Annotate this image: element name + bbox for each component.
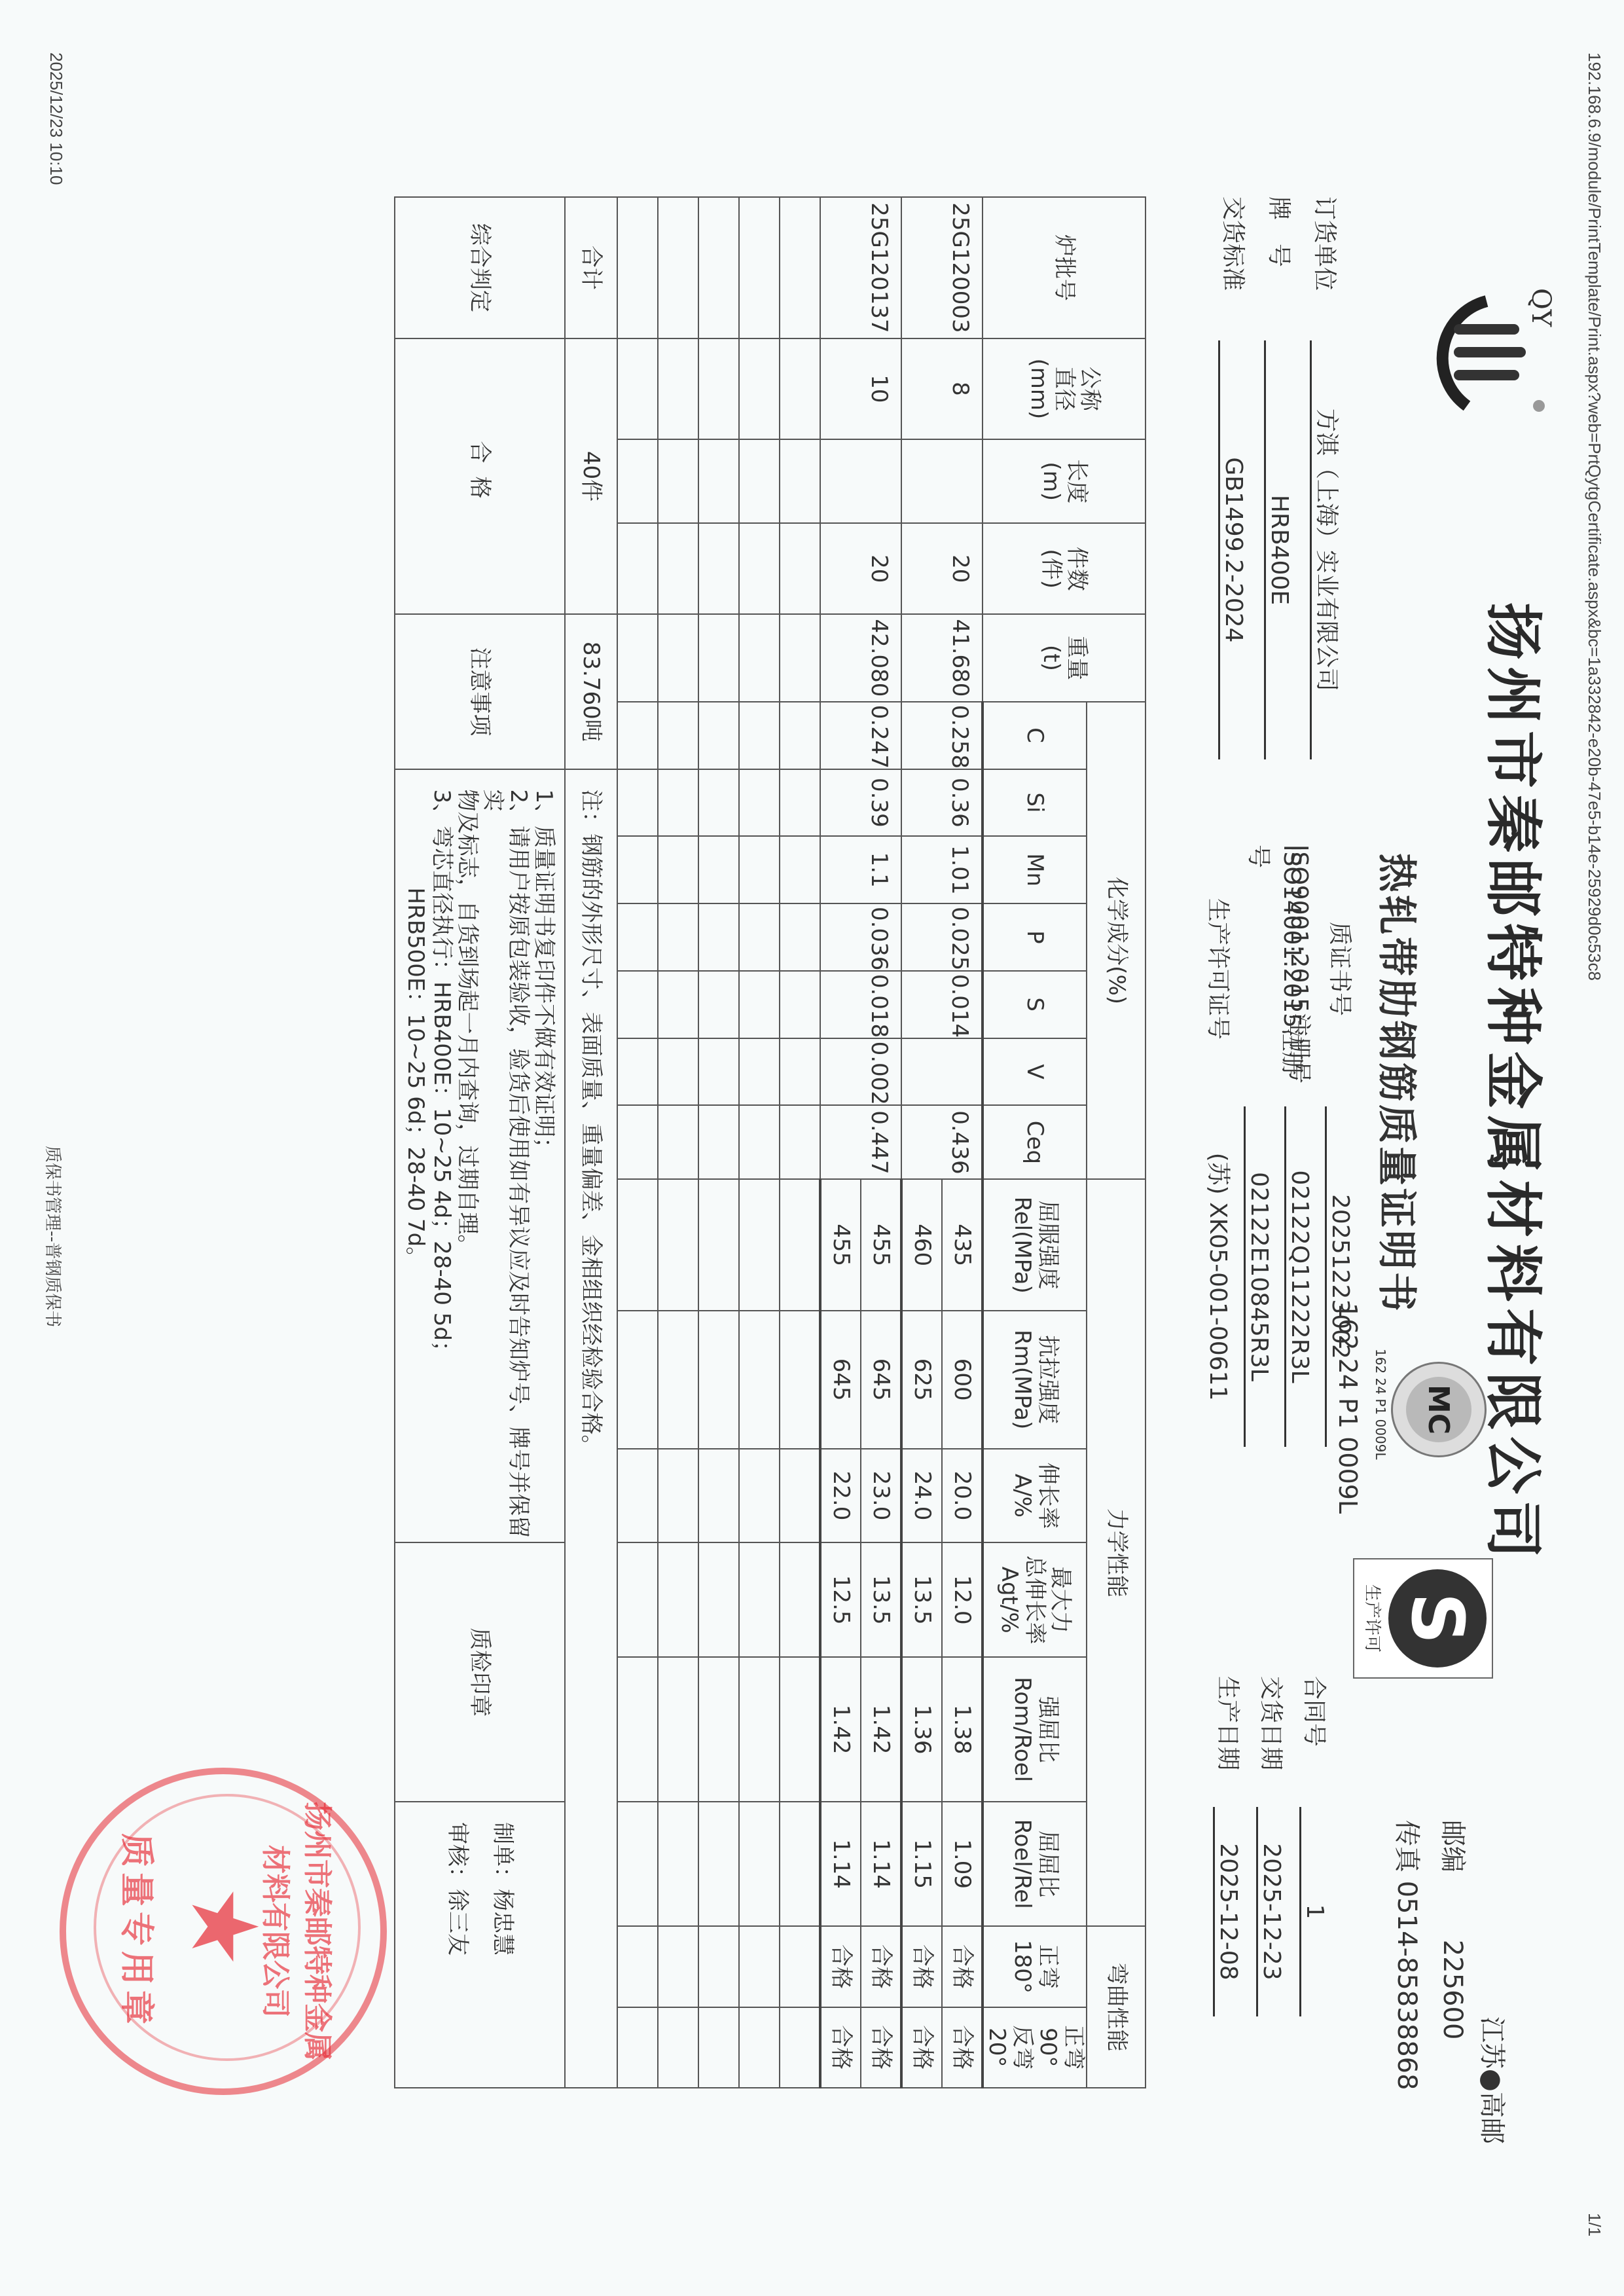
cell-a: 23.0 [861, 1449, 901, 1543]
group-header-chemical: 化学成分(%) [1087, 702, 1146, 1180]
cell-rom_roel: 1.38 [942, 1657, 983, 1802]
qy-company-logo-icon: QY [1415, 275, 1565, 426]
cell-pieces: 20 [901, 523, 983, 614]
postcode-label: 邮编 [1437, 1820, 1468, 1872]
info-delivery-standard: 交货标准 GB1499.2-2024 [1218, 196, 1264, 786]
company-name: 扬州市秦邮特种金属材料有限公司 [1476, 511, 1559, 1656]
cell-agt: 12.0 [942, 1542, 983, 1657]
cell-P: 0.036 [820, 903, 901, 971]
info-grade: 牌 号 HRB400E [1264, 196, 1310, 786]
info-order-unit: 订货单位 方淇（上海）实业有限公司 [1310, 196, 1356, 786]
cell-a: 20.0 [942, 1449, 983, 1543]
notes-list: 1、质量证明书复印件不做有效证明；2、请用户按原包装验收，验货后使用如有异议应及… [395, 769, 565, 1543]
cell-P: 0.025 [901, 903, 983, 971]
mc-metallurgical-certification-icon: MC [1391, 1362, 1487, 1457]
total-note: 注：钢筋的外形尺寸、表面质量、重量偏差、金相组织经检验合格。 [565, 769, 617, 2088]
cell-rel: 435 [942, 1179, 983, 1310]
cell-rom_roel: 1.42 [861, 1657, 901, 1802]
col-header: 炉批号 [983, 197, 1146, 338]
cell-diameter: 8 [901, 338, 983, 439]
cell-rom_roel: 1.36 [901, 1657, 942, 1802]
note-line: HRB500E：10~25 6d；28-40 7d。 [403, 790, 428, 1540]
col-header: 最大力总伸长率Agt/% [983, 1542, 1087, 1657]
note-line: 3、弯芯直径执行：HRB400E：10~25 4d；28-40 5d； [428, 790, 454, 1540]
info-production-date: 生产日期 2025-12-08 [1213, 1676, 1256, 2069]
cell-rm: 645 [820, 1311, 861, 1449]
info-certificate-no: 质证书号 20251223002 [1325, 845, 1365, 1499]
cell-heat_no: 25G120003 [901, 197, 983, 338]
col-header: C [983, 702, 1087, 769]
cell-rel: 455 [861, 1179, 901, 1310]
col-header: 正弯180° [983, 1926, 1087, 2007]
note-line: 2、请用户按原包装验收，验货后使用如有异议应及时告知炉号、牌号并保留实 [480, 790, 531, 1540]
cell-rebend: 合格 [820, 2007, 861, 2088]
cell-roel_rel: 1.14 [820, 1802, 861, 1926]
cell-roel_rel: 1.14 [861, 1802, 901, 1926]
cell-a: 24.0 [901, 1449, 942, 1543]
print-datetime: 2025/12/23 10:10 [46, 52, 66, 185]
cell-bend180: 合格 [901, 1926, 942, 2007]
signatures: 制单：杨忠慧 审核：徐三友 [395, 1802, 565, 2088]
postcode-value: 225600 [1437, 1940, 1468, 2040]
col-header: P [983, 903, 1087, 971]
cell-rel: 455 [820, 1179, 861, 1310]
cell-S: 0.014 [901, 971, 983, 1038]
col-header: Mn [983, 836, 1087, 903]
mc-code-small: 162 24 P1 0009L [1373, 1349, 1388, 1460]
cell-heat_no: 25G120137 [820, 197, 901, 338]
cell-Mn: 1.1 [820, 836, 901, 903]
notes-label: 注意事项 [395, 614, 565, 769]
cell-Si: 0.36 [901, 769, 983, 837]
reviewer-name: 徐三友 [444, 1889, 471, 1956]
info-delivery-date: 交货日期 2025-12-23 [1256, 1676, 1299, 2069]
cell-roel_rel: 1.09 [942, 1802, 983, 1926]
cell-V [901, 1038, 983, 1106]
certificate-sheet: 2025/12/23 10:10 质保书管理--普钢质保书 QY 扬州市秦邮特种… [0, 0, 1624, 2296]
empty-row [698, 197, 739, 2088]
print-url: 192.168.6.9/module/PrintTemplate/Print.a… [1584, 52, 1604, 981]
info-contract-no: 合同号 1 [1299, 1676, 1343, 2069]
cell-rm: 625 [901, 1311, 942, 1449]
judgement-value: 合格 [395, 338, 565, 614]
fax-label: 传真 [1392, 1820, 1422, 1872]
cell-V: 0.002 [820, 1038, 901, 1106]
col-header: Ceq [983, 1105, 1087, 1179]
col-header: 屈屈比Roel/Rel [983, 1802, 1087, 1926]
cell-weight: 41.680 [901, 614, 983, 702]
cell-agt: 13.5 [861, 1542, 901, 1657]
cell-rm: 645 [861, 1311, 901, 1449]
cell-bend180: 合格 [820, 1926, 861, 2007]
col-header: 屈服强度Rel(MPa) [983, 1179, 1087, 1310]
note-line: 物及标志，自货到场起一月内查询，过期自理。 [454, 790, 480, 1540]
fax-value: 0514-85838868 [1392, 1881, 1422, 2090]
cell-length [820, 439, 901, 523]
cell-rebend: 合格 [861, 2007, 901, 2088]
cell-S: 0.018 [820, 971, 901, 1038]
maker-name: 杨忠慧 [490, 1889, 516, 1956]
cell-Ceq: 0.436 [901, 1105, 983, 1179]
cell-pieces: 20 [820, 523, 901, 614]
cell-Mn: 1.01 [901, 836, 983, 903]
cell-rebend: 合格 [901, 2007, 942, 2088]
company-location: 江苏●高邮 [1475, 2016, 1513, 2144]
col-header: 件数(件) [983, 523, 1146, 614]
cell-agt: 13.5 [901, 1542, 942, 1657]
cell-Ceq: 0.447 [820, 1105, 901, 1179]
print-page-number: 1/1 [1584, 2213, 1604, 2236]
empty-row [780, 197, 820, 2088]
col-header: 强屈比Rom/Roel [983, 1657, 1087, 1802]
production-license-qs-icon: S 生产许可 [1353, 1558, 1493, 1679]
empty-row [739, 197, 780, 2088]
empty-row [617, 197, 658, 2088]
table-row: 25G12000382041.6800.2580.361.010.0250.01… [942, 197, 983, 2088]
svg-text:QY: QY [1526, 288, 1556, 327]
group-header-mechanical: 力学性能 [1087, 1179, 1146, 1926]
info-production-license: 生产许可证号 (苏) XK05-001-00611 [1203, 845, 1244, 1499]
col-header: 抗拉强度Rm(MPa) [983, 1311, 1087, 1449]
cell-agt: 12.5 [820, 1542, 861, 1657]
col-header: V [983, 1038, 1087, 1106]
note-line: 1、质量证明书复印件不做有效证明； [531, 790, 556, 1540]
cell-bend180: 合格 [942, 1926, 983, 2007]
quality-seal-stamp: 扬州市秦邮特种金属材料有限公司 ★ 质量专用章 [60, 1768, 387, 2095]
col-header: 正弯90°反弯20° [983, 2007, 1087, 2088]
col-header: 公称直径(mm) [983, 338, 1146, 439]
table-row: 25G120137102042.0800.2470.391.10.0360.01… [861, 197, 901, 2088]
cell-rebend: 合格 [942, 2007, 983, 2088]
group-header-bending: 弯曲性能 [1087, 1926, 1146, 2088]
total-pieces: 40件 [565, 338, 617, 614]
cell-rel: 460 [901, 1179, 942, 1310]
cell-length [901, 439, 983, 523]
print-page-title: 质保书管理--普钢质保书 [42, 1146, 66, 1327]
cell-C: 0.258 [901, 702, 983, 769]
star-icon: ★ [177, 1886, 269, 1968]
col-header: S [983, 971, 1087, 1038]
col-header: Si [983, 769, 1087, 837]
judgement-label: 综合判定 [395, 197, 565, 338]
quality-certificate-table: 炉批号公称直径(mm)长度(m)件数(件)重量(t)化学成分(%)力学性能弯曲性… [394, 196, 1146, 2088]
seal-label: 质检印章 [395, 1542, 565, 1802]
cell-weight: 42.080 [820, 614, 901, 702]
total-label: 合计 [565, 197, 617, 338]
cell-diameter: 10 [820, 338, 901, 439]
cell-Si: 0.39 [820, 769, 901, 837]
cell-bend180: 合格 [861, 1926, 901, 2007]
col-header: 长度(m) [983, 439, 1146, 523]
cell-rm: 600 [942, 1311, 983, 1449]
cell-C: 0.247 [820, 702, 901, 769]
cell-rom_roel: 1.42 [820, 1657, 861, 1802]
col-header: 伸长率A/% [983, 1449, 1087, 1543]
info-iso14001: ISO14001:2015注册号 02122E10845R3L [1244, 845, 1284, 1499]
empty-row [658, 197, 698, 2088]
cell-a: 22.0 [820, 1449, 861, 1543]
col-header: 重量(t) [983, 614, 1146, 702]
total-weight: 83.760吨 [565, 614, 617, 769]
document-title: 热轧带肋钢筋质量证明书 [1371, 511, 1428, 1656]
cell-roel_rel: 1.15 [901, 1802, 942, 1926]
